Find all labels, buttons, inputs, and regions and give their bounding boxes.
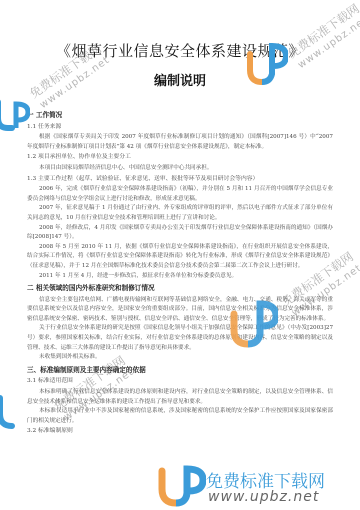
paragraph: 本标准明确了行业信息安全体系建设的总体原则和建设内容，对行业信息安全策略的制定，… — [27, 388, 333, 407]
subsection-heading: 1.3 主要工作过程（起草、试验验证、征求意见、送审、报批等环节及项目研讨会等内… — [27, 175, 333, 185]
brand-url: www.upbz.net — [208, 489, 319, 505]
paragraph: 2011 年 1 月至 4 月，经进一步修改后，拟征求行业各单位和分标委委员意见… — [27, 272, 333, 282]
section-heading: 一 工作简况 — [27, 111, 333, 121]
subsection-heading: 1.1 任务来源 — [27, 123, 333, 133]
document-page: 《烟草行业信息安全体系建设规范》 编制说明 一 工作简况 1.1 任务来源 根据… — [0, 0, 360, 510]
document-body: 一 工作简况 1.1 任务来源 根据《国家烟草专卖局关于印发 2007 年度烟草… — [27, 108, 333, 438]
subsection-heading: 1.2 项目承担单位、协作单位及主要分工 — [27, 153, 333, 163]
paragraph: 本标准仅适用于行业中不涉及国家秘密的信息系统，涉及国家秘密的信息系统的安全保护工… — [27, 407, 333, 426]
up-logo-icon — [0, 392, 26, 432]
paragraph: 信息安全主要包括电信网、广播电视传输网和互联网等基础信息网络安全，金融、电力、交… — [27, 296, 333, 325]
paragraph: 关于行业信息安全体系建设的研究是按照《国家信息化领导小组关于加强信息安全保障工作… — [27, 324, 333, 353]
up-logo-icon — [156, 465, 206, 509]
paragraph: 根据《国家烟草专卖局关于印发 2007 年度烟草行业标准制修订项目计划的通知》（… — [27, 133, 333, 152]
paragraph: 2007 年，征求意见稿于 1 月份通过了由行业内、外专家组成的评审组的评审，然… — [27, 204, 333, 223]
section-heading: 三、标准编制原则及主要内容确定的依据 — [27, 366, 333, 376]
paragraph: 本项目由国家局烟草经济信息中心、中国信息安全测评中心共同承担。 — [27, 164, 333, 174]
brand-logo: 免费标准下载网 www.upbz.net — [156, 465, 356, 509]
subsection-heading: 3.1 标准适用范围 — [27, 377, 333, 387]
up-logo-icon — [0, 98, 30, 132]
paragraph: 未收集到国外相关标准。 — [27, 353, 333, 363]
document-title: 《烟草行业信息安全体系建设规范》 — [0, 40, 360, 61]
paragraph: 2008 年 5 月至 2010 年 11 月，依据《烟草行业信息安全保障体系建… — [27, 243, 333, 272]
document-subtitle: 编制说明 — [0, 70, 360, 89]
paragraph: 2008 年，经修改后，4 月印发《国家烟草专卖局办公室关于印发烟草行业信息安全… — [27, 224, 333, 243]
paragraph: 2006 年，完成《烟草行业信息安全保障体系建设指南》（初稿），并分别在 5 月… — [27, 185, 333, 204]
subsection-heading: 3.2 标准编制原则 — [27, 427, 333, 437]
section-heading: 二 相关领域的国内外标准研究和制修订情况 — [27, 284, 333, 294]
